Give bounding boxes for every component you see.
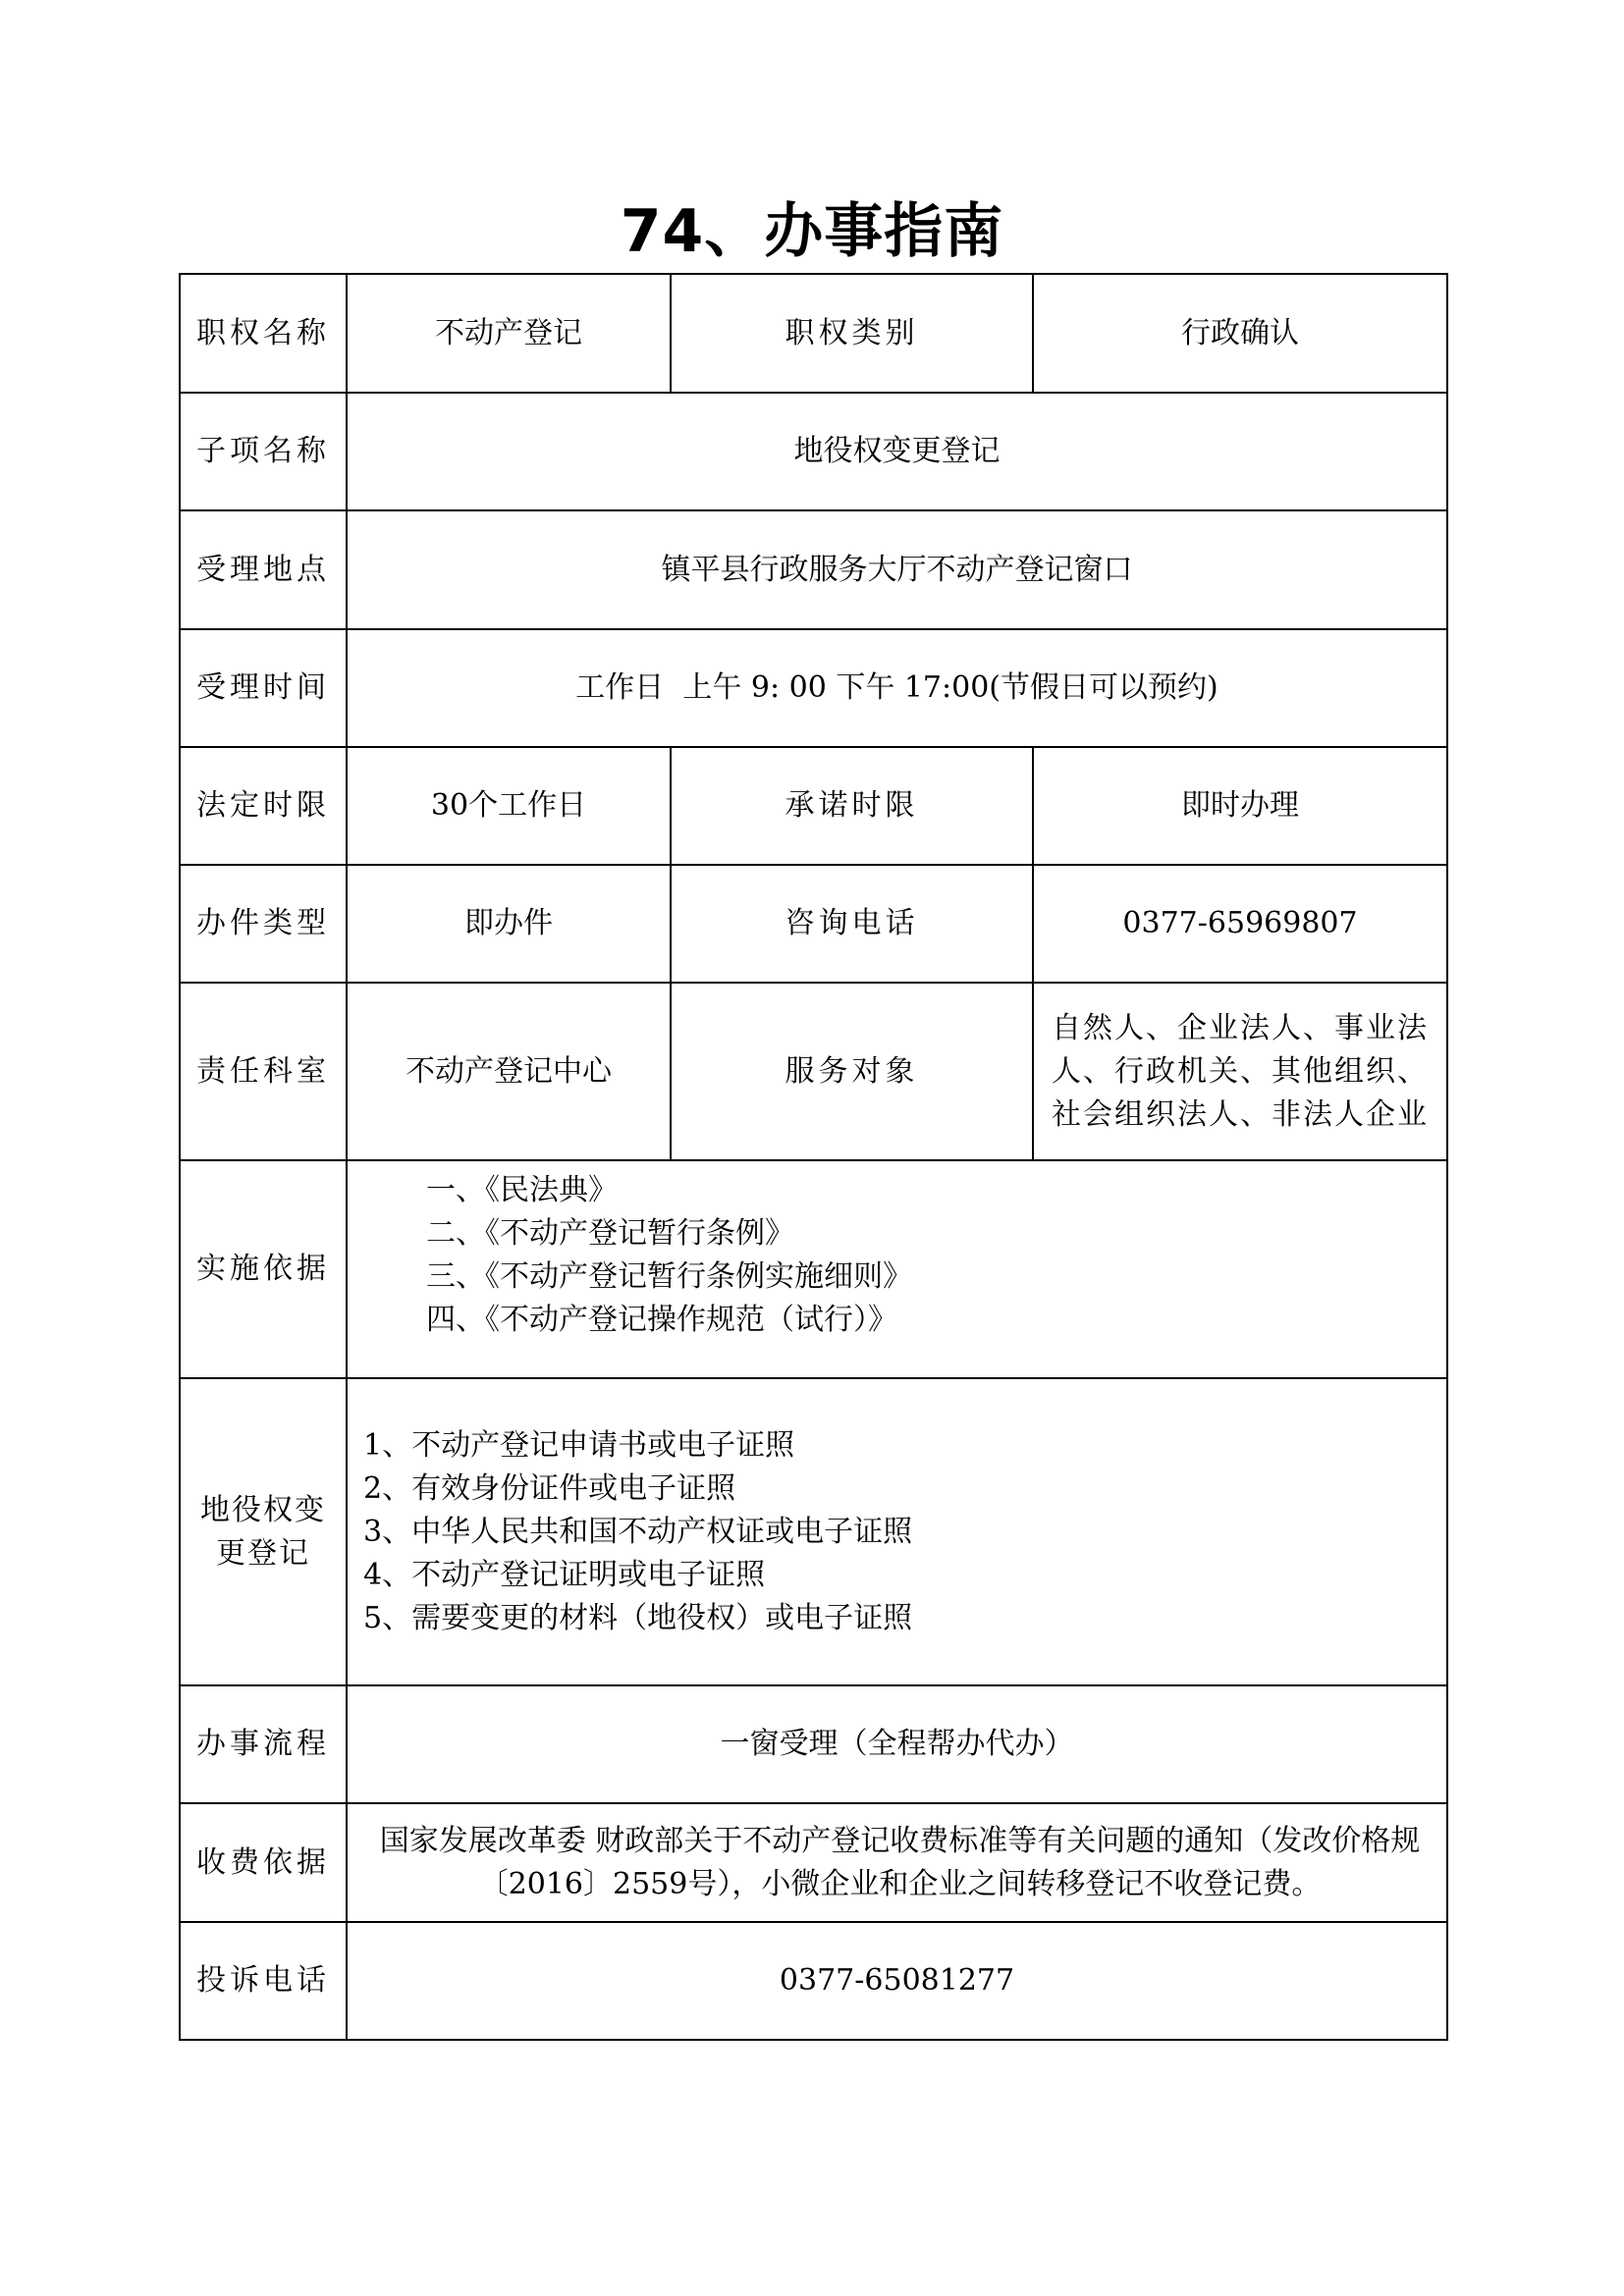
basis-list: 一、《民法典》 二、《不动产登记暂行条例》 三、《不动产登记暂行条例实施细则》 …: [347, 1160, 1447, 1378]
row-fee: 收费依据 国家发展改革委 财政部关于不动产登记收费标准等有关问题的通知（发改价格…: [180, 1803, 1447, 1922]
material-item: 1、不动产登记申请书或电子证照: [363, 1424, 1436, 1468]
hours-label: 受理时间: [180, 629, 347, 747]
fee-basis-value: 国家发展改革委 财政部关于不动产登记收费标准等有关问题的通知（发改价格规〔201…: [347, 1803, 1447, 1922]
complaint-phone-label: 投诉电话: [180, 1922, 347, 2040]
basis-item: 二、《不动产登记暂行条例》: [426, 1212, 1436, 1255]
row-complaint: 投诉电话 0377-65081277: [180, 1922, 1447, 2040]
material-item: 4、不动产登记证明或电子证照: [363, 1554, 1436, 1597]
basis-item: 四、《不动产登记操作规范（试行）》: [426, 1299, 1436, 1342]
service-guide-table: 职权名称 不动产登记 职权类别 行政确认 子项名称 地役权变更登记 受理地点 镇…: [179, 273, 1448, 2041]
row-process: 办事流程 一窗受理（全程帮办代办）: [180, 1685, 1447, 1803]
row-materials: 地役权变 更登记 1、不动产登记申请书或电子证照 2、有效身份证件或电子证照 3…: [180, 1378, 1447, 1685]
basis-item: 三、《不动产登记暂行条例实施细则》: [426, 1255, 1436, 1299]
row-location: 受理地点 镇平县行政服务大厅不动产登记窗口: [180, 510, 1447, 629]
basis-item: 一、《民法典》: [426, 1169, 1436, 1212]
materials-list: 1、不动产登记申请书或电子证照 2、有效身份证件或电子证照 3、中华人民共和国不…: [347, 1378, 1447, 1685]
legal-limit-value: 30个工作日: [347, 747, 671, 865]
subitem-value: 地役权变更登记: [347, 393, 1447, 510]
service-target-label: 服务对象: [671, 983, 1033, 1160]
location-label: 受理地点: [180, 510, 347, 629]
row-authority: 职权名称 不动产登记 职权类别 行政确认: [180, 274, 1447, 393]
materials-label-line: 更登记: [190, 1532, 336, 1575]
row-hours: 受理时间 工作日 上午 9: 00 下午 17:00(节假日可以预约): [180, 629, 1447, 747]
row-basis: 实施依据 一、《民法典》 二、《不动产登记暂行条例》 三、《不动产登记暂行条例实…: [180, 1160, 1447, 1378]
subitem-label: 子项名称: [180, 393, 347, 510]
department-label: 责任科室: [180, 983, 347, 1160]
department-value: 不动产登记中心: [347, 983, 671, 1160]
materials-label: 地役权变 更登记: [180, 1378, 347, 1685]
authority-name-label: 职权名称: [180, 274, 347, 393]
material-item: 5、需要变更的材料（地役权）或电子证照: [363, 1597, 1436, 1640]
service-target-value: 自然人、企业法人、事业法人、行政机关、其他组织、社会组织法人、非法人企业: [1033, 983, 1447, 1160]
consult-phone-value: 0377-65969807: [1033, 865, 1447, 983]
row-casetype: 办件类型 即办件 咨询电话 0377-65969807: [180, 865, 1447, 983]
materials-label-line: 地役权变: [190, 1489, 336, 1532]
authority-category-label: 职权类别: [671, 274, 1033, 393]
authority-name-value: 不动产登记: [347, 274, 671, 393]
promised-limit-label: 承诺时限: [671, 747, 1033, 865]
location-value: 镇平县行政服务大厅不动产登记窗口: [347, 510, 1447, 629]
legal-limit-label: 法定时限: [180, 747, 347, 865]
row-timelimit: 法定时限 30个工作日 承诺时限 即时办理: [180, 747, 1447, 865]
basis-label: 实施依据: [180, 1160, 347, 1378]
hours-value: 工作日 上午 9: 00 下午 17:00(节假日可以预约): [347, 629, 1447, 747]
process-value: 一窗受理（全程帮办代办）: [347, 1685, 1447, 1803]
row-subitem: 子项名称 地役权变更登记: [180, 393, 1447, 510]
complaint-phone-value: 0377-65081277: [347, 1922, 1447, 2040]
case-type-value: 即办件: [347, 865, 671, 983]
process-label: 办事流程: [180, 1685, 347, 1803]
authority-category-value: 行政确认: [1033, 274, 1447, 393]
material-item: 3、中华人民共和国不动产权证或电子证照: [363, 1511, 1436, 1554]
case-type-label: 办件类型: [180, 865, 347, 983]
consult-phone-label: 咨询电话: [671, 865, 1033, 983]
page-title: 74、办事指南: [0, 192, 1624, 271]
promised-limit-value: 即时办理: [1033, 747, 1447, 865]
row-department: 责任科室 不动产登记中心 服务对象 自然人、企业法人、事业法人、行政机关、其他组…: [180, 983, 1447, 1160]
material-item: 2、有效身份证件或电子证照: [363, 1468, 1436, 1511]
fee-basis-label: 收费依据: [180, 1803, 347, 1922]
